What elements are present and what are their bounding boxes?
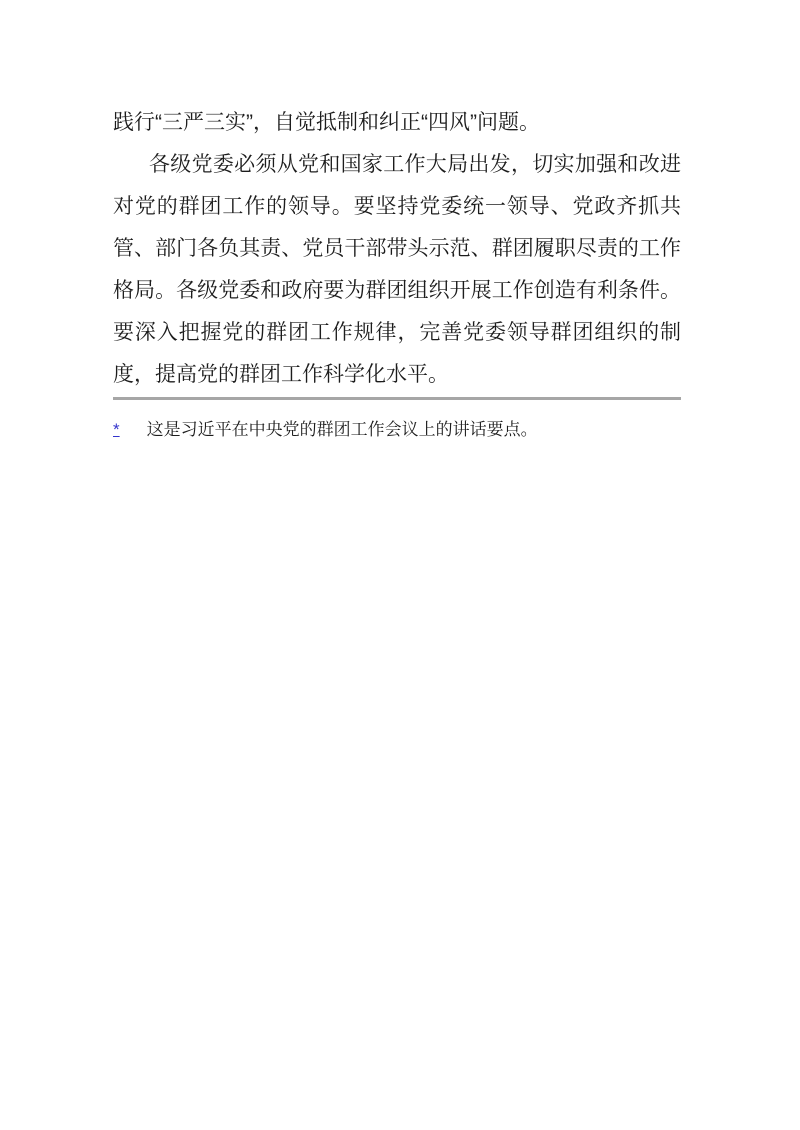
paragraph-continuation: 践行“三严三实”，自觉抵制和纠正“四风”问题。 [113,102,681,144]
paragraph-main: 各级党委必须从党和国家工作大局出发，切实加强和改进对党的群团工作的领导。要坚持党… [113,144,681,396]
document-page: 践行“三严三实”，自觉抵制和纠正“四风”问题。 各级党委必须从党和国家工作大局出… [0,0,800,1130]
footnote-text: 这是习近平在中央党的群团工作会议上的讲话要点。 [147,420,538,439]
document-content: 践行“三严三实”，自觉抵制和纠正“四风”问题。 各级党委必须从党和国家工作大局出… [113,102,681,443]
footnote-separator-line [113,397,681,400]
footnote: *这是习近平在中央党的群团工作会议上的讲话要点。 [113,417,681,443]
footnote-marker-link[interactable]: * [113,420,120,439]
